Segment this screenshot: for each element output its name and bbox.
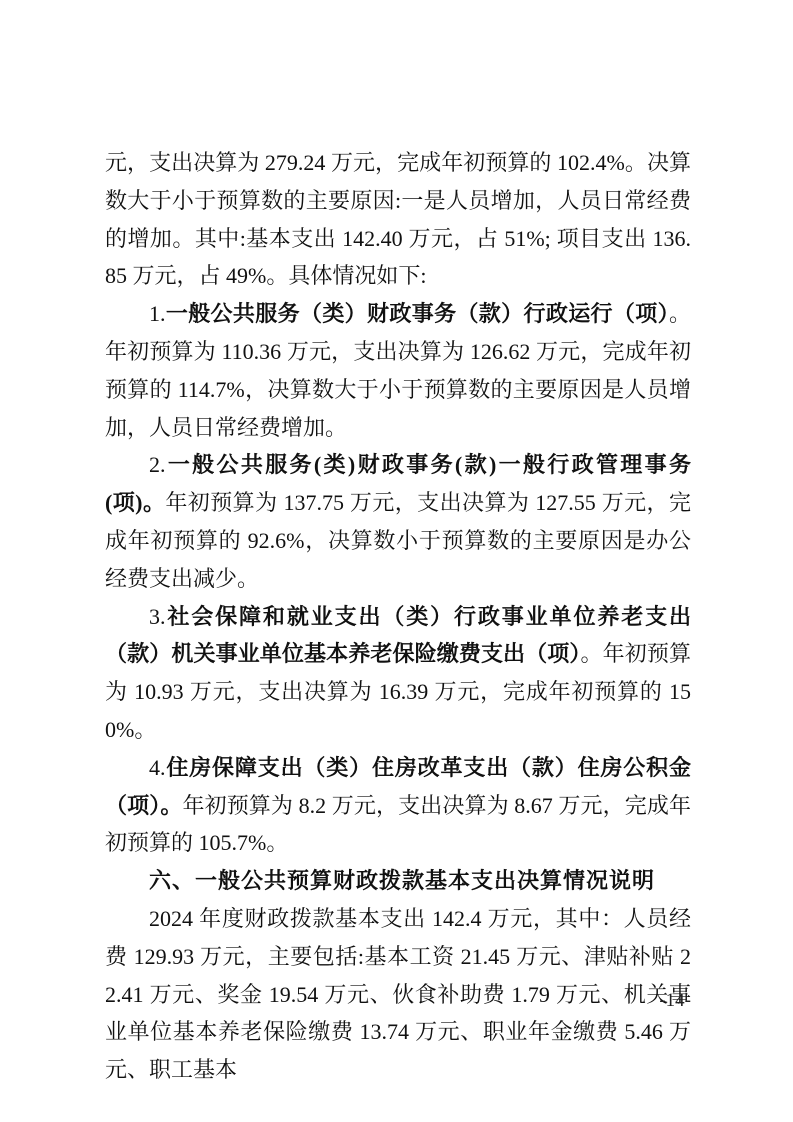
paragraph-item-3: 3.社会保障和就业支出（类）行政事业单位养老支出（款）机关事业单位基本养老保险缴… — [105, 598, 691, 749]
page-number: -14- — [105, 989, 691, 1013]
item-body: 年初预算为 137.75 万元，支出决算为 127.55 万元，完成年初预算的 … — [105, 490, 691, 591]
section-six-heading: 六、一般公共预算财政拨款基本支出决算情况说明 — [105, 862, 691, 900]
paragraph-continuation-overview: 元，支出决算为 279.24 万元，完成年初预算的 102.4%。决算数大于小于… — [105, 144, 691, 295]
document-body: 元，支出决算为 279.24 万元，完成年初预算的 102.4%。决算数大于小于… — [105, 144, 691, 1089]
paragraph-item-4: 4.住房保障支出（类）住房改革支出（款）住房公积金（项）。年初预算为 8.2 万… — [105, 749, 691, 862]
item-number: 4. — [149, 755, 166, 780]
paragraph-item-2: 2.一般公共服务(类)财政事务(款)一般行政管理事务(项)。年初预算为 137.… — [105, 446, 691, 597]
item-title: 一般公共服务（类）财政事务（款）行政运行（项） — [166, 301, 669, 326]
item-number: 3. — [149, 604, 166, 629]
paragraph-text: 元，支出决算为 279.24 万元，完成年初预算的 102.4%。决算数大于小于… — [105, 150, 691, 288]
item-number: 2. — [149, 452, 166, 477]
item-body: 年初预算为 8.2 万元，支出决算为 8.67 万元，完成年初预算的 105.7… — [105, 793, 691, 856]
document-page: 元，支出决算为 279.24 万元，完成年初预算的 102.4%。决算数大于小于… — [0, 0, 793, 1122]
paragraph-item-1: 1.一般公共服务（类）财政事务（款）行政运行（项）。年初预算为 110.36 万… — [105, 295, 691, 446]
section-heading-text: 六、一般公共预算财政拨款基本支出决算情况说明 — [149, 868, 655, 893]
item-number: 1. — [149, 301, 166, 326]
